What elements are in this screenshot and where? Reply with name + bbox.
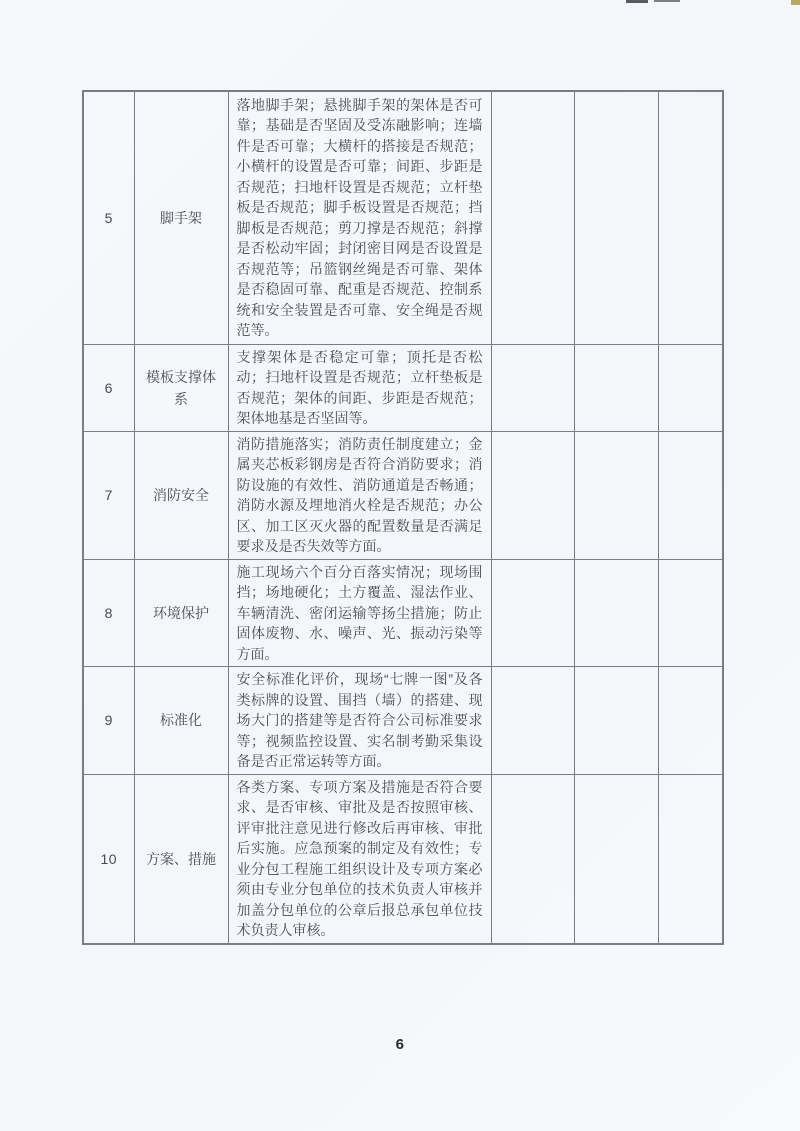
row-number-cell: 9: [83, 667, 134, 775]
row-number-cell: 10: [83, 774, 134, 944]
check-cell: [491, 667, 574, 775]
table-row: 8 环境保护 施工现场六个百分百落实情况；现场围挡；场地硬化；土方覆盖、湿法作业…: [83, 559, 723, 667]
category-cell: 环境保护: [134, 559, 228, 667]
category-cell: 标准化: [134, 667, 228, 775]
content-cell: 落地脚手架；悬挑脚手架的架体是否可靠；基础是否坚固及受冻融影响；连墙件是否可靠；…: [228, 91, 491, 344]
check-cell: [658, 431, 723, 559]
check-cell: [574, 91, 658, 344]
content-cell: 施工现场六个百分百落实情况；现场围挡；场地硬化；土方覆盖、湿法作业、车辆清洗、密…: [228, 559, 491, 667]
inspection-checklist-table: 5 脚手架 落地脚手架；悬挑脚手架的架体是否可靠；基础是否坚固及受冻融影响；连墙…: [82, 90, 724, 945]
table-row: 6 模板支撑体系 支撑架体是否稳定可靠；顶托是否松动；扫地杆设置是否规范；立杆垫…: [83, 344, 723, 431]
content-cell: 消防措施落实；消防责任制度建立；金属夹芯板彩钢房是否符合消防要求；消防设施的有效…: [228, 431, 491, 559]
row-number-cell: 6: [83, 344, 134, 431]
table-row: 10 方案、措施 各类方案、专项方案及措施是否符合要求、是否审核、审批及是否按照…: [83, 774, 723, 944]
check-cell: [574, 667, 658, 775]
table-row: 5 脚手架 落地脚手架；悬挑脚手架的架体是否可靠；基础是否坚固及受冻融影响；连墙…: [83, 91, 723, 344]
table-row: 7 消防安全 消防措施落实；消防责任制度建立；金属夹芯板彩钢房是否符合消防要求；…: [83, 431, 723, 559]
check-cell: [491, 431, 574, 559]
scan-artifact-corner: [791, 0, 800, 5]
check-cell: [491, 559, 574, 667]
content-cell: 各类方案、专项方案及措施是否符合要求、是否审核、审批及是否按照审核、评审批注意见…: [228, 774, 491, 944]
category-cell: 方案、措施: [134, 774, 228, 944]
scan-artifact-line: [654, 0, 680, 2]
check-cell: [574, 431, 658, 559]
check-cell: [658, 774, 723, 944]
check-cell: [574, 559, 658, 667]
check-cell: [658, 559, 723, 667]
category-cell: 模板支撑体系: [134, 344, 228, 431]
category-cell: 脚手架: [134, 91, 228, 344]
check-cell: [491, 774, 574, 944]
check-cell: [658, 667, 723, 775]
scanned-document-page: 5 脚手架 落地脚手架；悬挑脚手架的架体是否可靠；基础是否坚固及受冻融影响；连墙…: [0, 0, 800, 1131]
scan-artifact-line: [626, 0, 648, 3]
check-cell: [658, 91, 723, 344]
check-cell: [658, 344, 723, 431]
content-cell: 支撑架体是否稳定可靠；顶托是否松动；扫地杆设置是否规范；立杆垫板是否规范；架体的…: [228, 344, 491, 431]
table-row: 9 标准化 安全标准化评价，现场“七牌一图”及各类标牌的设置、围挡（墙）的搭建、…: [83, 667, 723, 775]
row-number-cell: 7: [83, 431, 134, 559]
check-cell: [574, 774, 658, 944]
check-cell: [491, 344, 574, 431]
page-number: 6: [0, 1036, 800, 1053]
check-cell: [574, 344, 658, 431]
category-cell: 消防安全: [134, 431, 228, 559]
row-number-cell: 8: [83, 559, 134, 667]
row-number-cell: 5: [83, 91, 134, 344]
check-cell: [491, 91, 574, 344]
content-cell: 安全标准化评价，现场“七牌一图”及各类标牌的设置、围挡（墙）的搭建、现场大门的搭…: [228, 667, 491, 775]
